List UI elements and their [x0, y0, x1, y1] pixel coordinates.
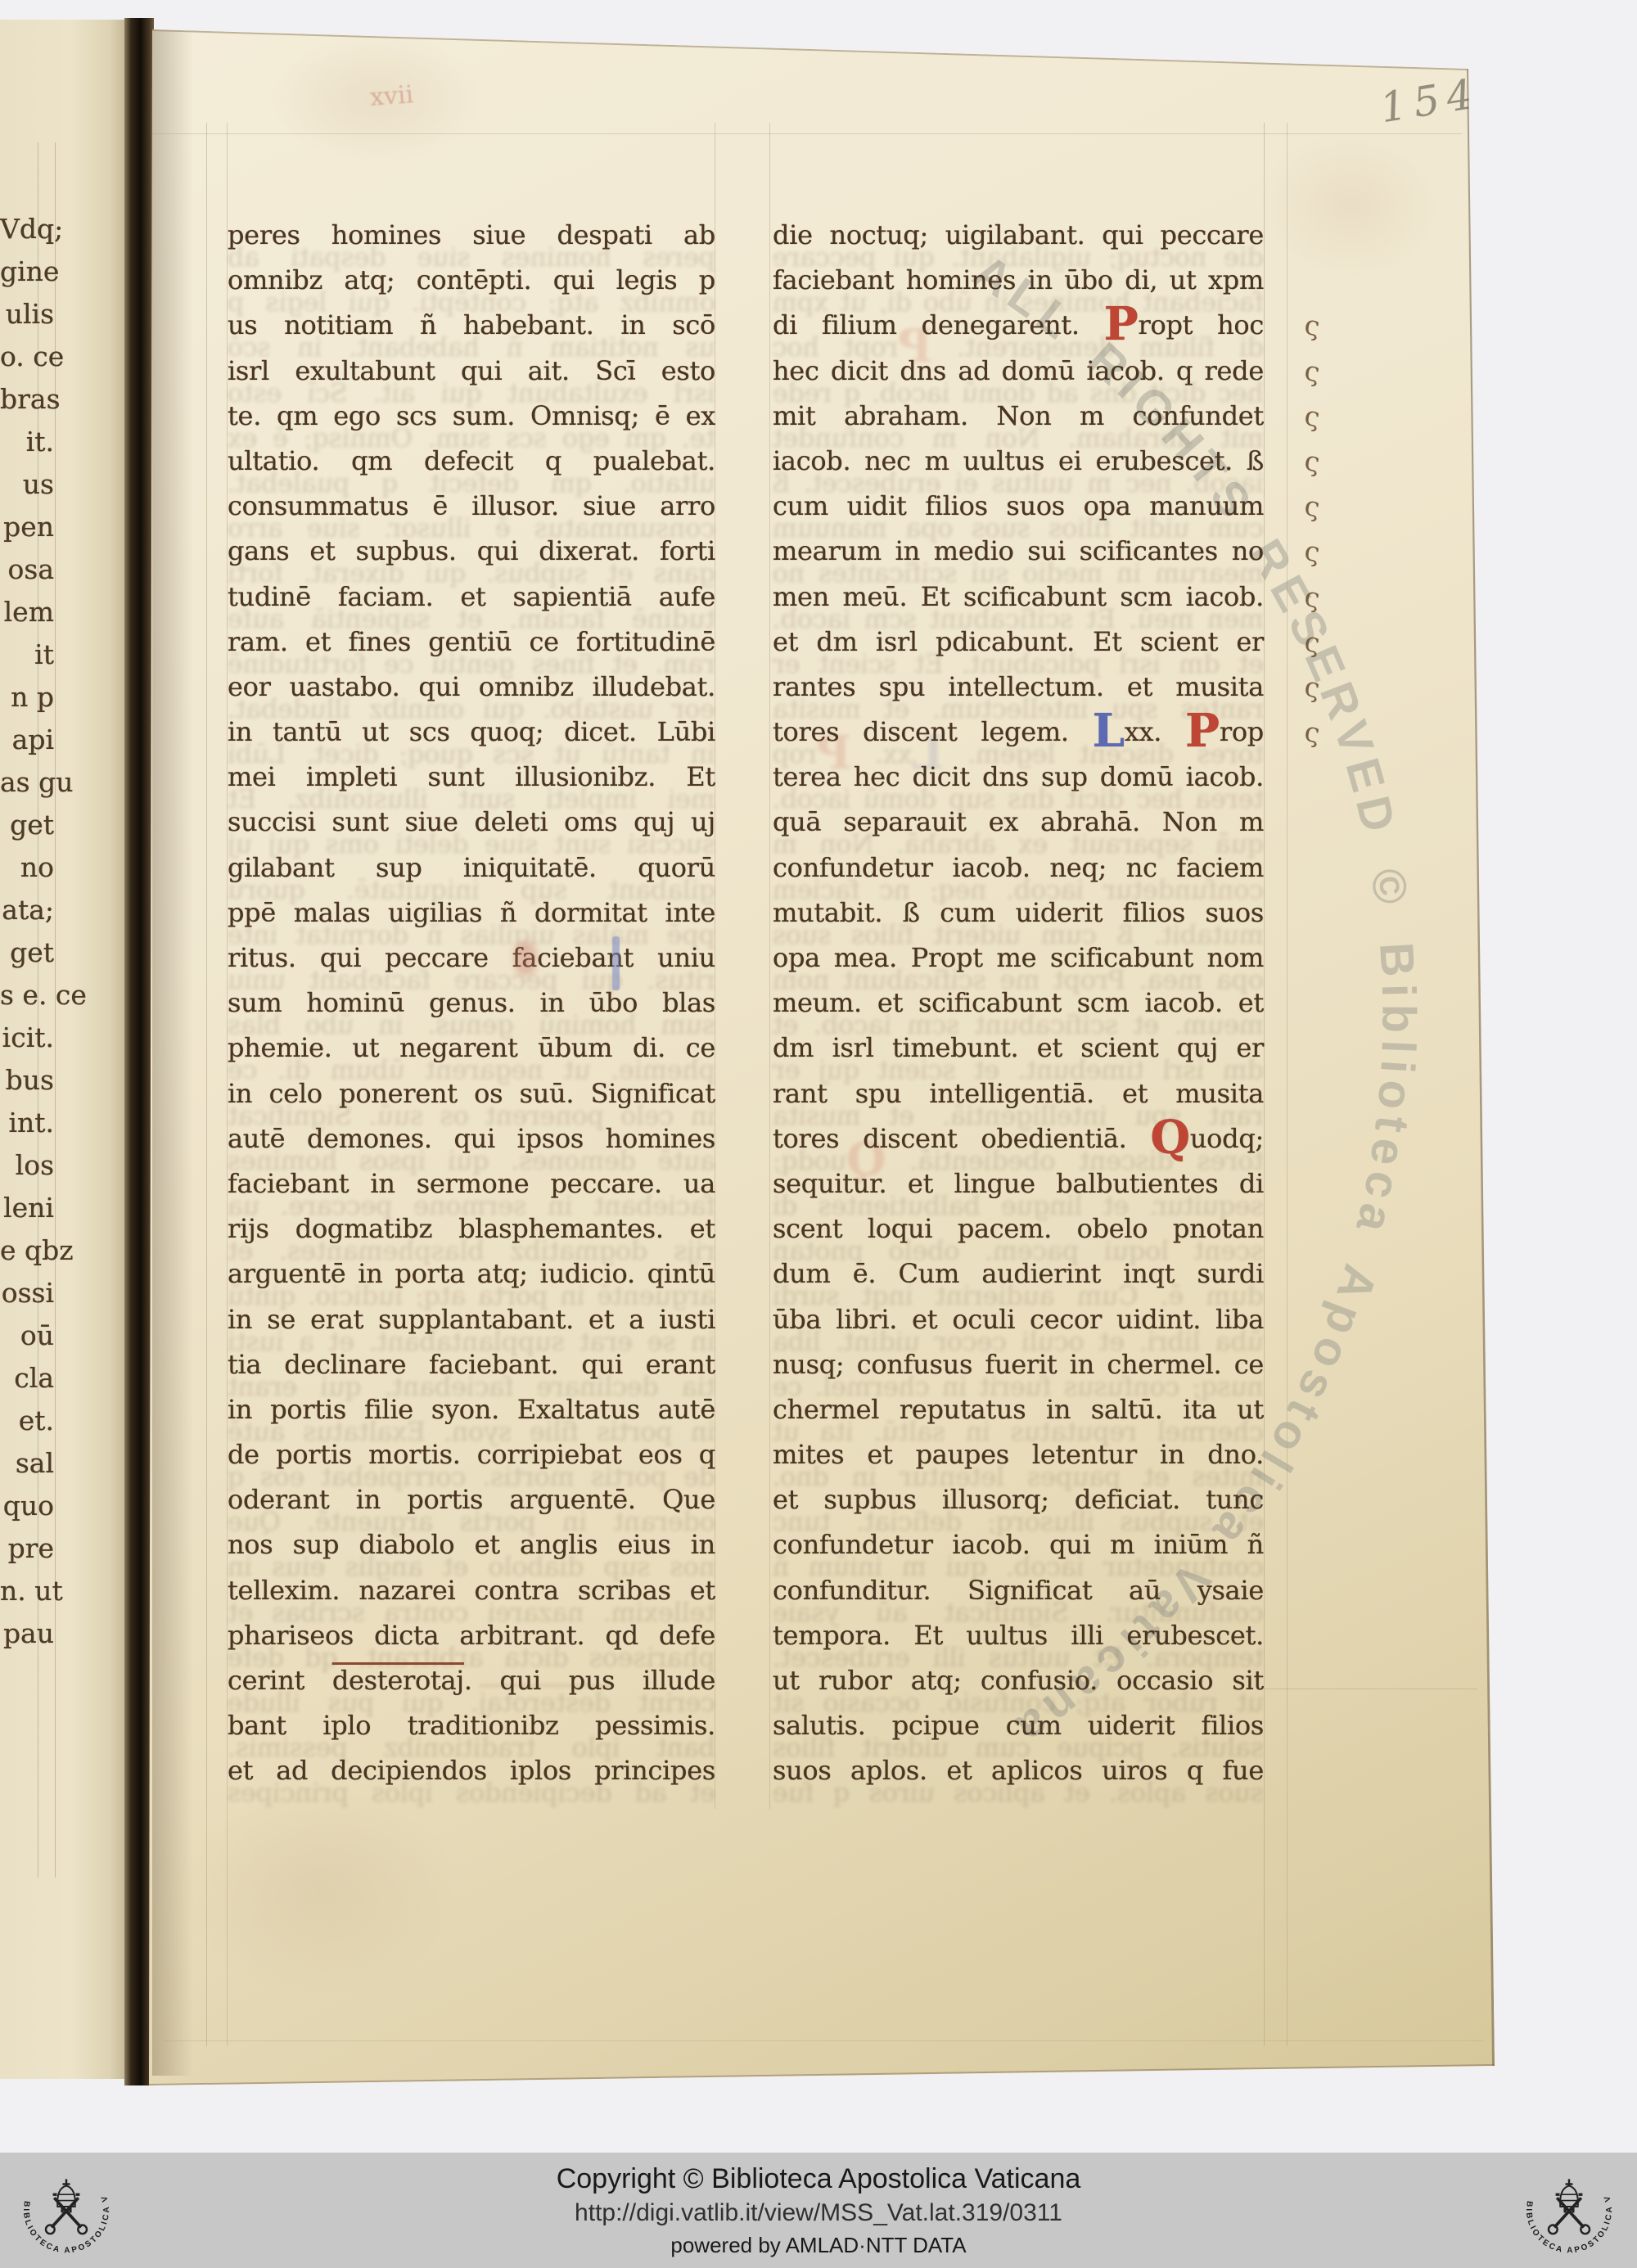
cutoff-line-fragment: ossi — [0, 1272, 54, 1314]
sliver-line-fragments: Vdq;gineuliso. cebrasit.uspenosalemitn p… — [0, 208, 54, 1655]
cutoff-line-fragment: Vdq; — [0, 208, 54, 250]
manuscript-text-line: eor uastabo. qui omnibz illudebat. — [228, 665, 715, 710]
previous-page-sliver: Vdq;gineuliso. cebrasit.uspenosalemitn p… — [0, 20, 129, 2079]
ruling-line — [164, 2040, 1483, 2041]
manuscript-text-line: us notitiam ñ habebant. in scō — [228, 303, 715, 348]
footer-powered-by-text: powered by AMLAD·NTT DATA — [0, 2233, 1637, 2258]
faint-chapter-mark: xvii — [369, 80, 414, 112]
manuscript-text-line: faciebant in sermone peccare. ua — [228, 1161, 715, 1206]
manuscript-text-line: mearum in medio sui scificantes no — [773, 529, 1264, 574]
cutoff-line-fragment: pau — [0, 1612, 54, 1655]
manuscript-text-line: tores discent obedientiā. Quodq; — [773, 1116, 1264, 1161]
papal-keys-emblem — [1549, 2179, 1590, 2234]
red-initial-letter: P — [1104, 297, 1139, 351]
cutoff-line-fragment: bus — [0, 1059, 54, 1102]
ruling-line — [1265, 1689, 1477, 1689]
manuscript-text-line: rant spu intelligentiā. et musita — [773, 1071, 1264, 1116]
manuscript-text-line: in portis filie syon. Exaltatus autē — [228, 1387, 715, 1432]
manuscript-text-line: et dm isrl pdicabunt. Et scient er — [773, 620, 1264, 665]
manuscript-text-line: ultatio. qm defecit q pualebat. — [228, 439, 715, 484]
cutoff-line-fragment: los — [0, 1144, 54, 1187]
overlined-word: desterotaj — [332, 1665, 464, 1696]
manuscript-text-line: et ad decipiendos iplos principes — [228, 1748, 715, 1793]
ruling-line — [1287, 123, 1288, 2046]
cutoff-line-fragment: api — [0, 719, 54, 761]
manuscript-text-line: ppē malas uigilias ñ dormitat inte — [228, 891, 715, 936]
manuscript-text-line: tempora. Et uultus illi erubescet. — [773, 1613, 1264, 1658]
papal-keys-emblem — [46, 2179, 87, 2234]
manuscript-text-line: bant iplo traditionibz pessimis. — [228, 1703, 715, 1748]
manuscript-text-line: in celo ponerent os suū. Significat — [228, 1071, 715, 1116]
cutoff-line-fragment: n. ut — [0, 1570, 54, 1612]
cutoff-line-fragment: icit. — [0, 1017, 54, 1059]
cutoff-line-fragment: cla — [0, 1357, 54, 1400]
manuscript-text-line: isrl exultabunt qui ait. Scī esto — [228, 349, 715, 394]
cutoff-line-fragment: pre — [0, 1527, 54, 1570]
right-text-column: die noctuq; uigilabant. qui peccarefacie… — [773, 213, 1264, 1794]
cutoff-line-fragment: get — [0, 804, 54, 846]
cutoff-line-fragment: ata; — [0, 889, 54, 931]
manuscript-text-line: cerint desterotaj. qui pus illude — [228, 1658, 715, 1703]
cutoff-line-fragment: oū — [0, 1314, 54, 1357]
manuscript-text-line: hec dicit dns ad domū iacob. q rede — [773, 349, 1264, 394]
cutoff-line-fragment: it — [0, 634, 54, 676]
manuscript-text-line: mit abraham. Non m confundet — [773, 394, 1264, 439]
vatican-library-logo-right: BIBLIOTECA APOSTOLICA VATICANA — [1519, 2161, 1619, 2261]
footer-url-text: http://digi.vatlib.it/view/MSS_Vat.lat.3… — [0, 2199, 1637, 2227]
cutoff-line-fragment: int. — [0, 1102, 54, 1144]
manuscript-text-line: faciebant homines in ūbo di, ut xpm — [773, 258, 1264, 303]
ruling-line — [152, 133, 1462, 134]
right-column-text: die noctuq; uigilabant. qui peccarefacie… — [773, 213, 1264, 1794]
manuscript-text-line: nusq; confusus fuerit in chermel. ce — [773, 1342, 1264, 1387]
manuscript-text-line: in se erat supplantabant. et a iusti — [228, 1297, 715, 1342]
manuscript-text-line: iacob. nec m uultus ei erubescet. ß — [773, 439, 1264, 484]
manuscript-text-line: tia declinare faciebant. qui erant — [228, 1342, 715, 1387]
left-text-column: peres homines siue despati abomnibz atq;… — [228, 213, 715, 1794]
manuscript-text-line: de portis mortis. corripiebat eos q — [228, 1432, 715, 1477]
cutoff-line-fragment: bras — [0, 378, 54, 421]
manuscript-text-line: dum ē. Cum audierint inqt surdi — [773, 1251, 1264, 1296]
manuscript-text-line: tores discent legem. Lxx. Prop — [773, 710, 1264, 755]
cutoff-line-fragment: et. — [0, 1400, 54, 1442]
manuscript-text-line: rijs dogmatibz blasphemantes. et — [228, 1206, 715, 1251]
manuscript-text-line: quā separauit ex abrahā. Non m — [773, 800, 1264, 845]
manuscript-text-line: mites et paupes letentur in dno. — [773, 1432, 1264, 1477]
manuscript-text-line: omnibz atq; contēpti. qui legis p — [228, 258, 715, 303]
manuscript-text-line: scent loqui pacem. obelo pnotan — [773, 1206, 1264, 1251]
manuscript-text-line: terea hec dicit dns sup domū iacob. — [773, 755, 1264, 800]
manuscript-text-line: ut rubor atq; confusio. occasio sit — [773, 1658, 1264, 1703]
manuscript-text-line: opa mea. Propt me scificabunt nom — [773, 936, 1264, 981]
manuscript-text-line: arguentē in porta atq; iudicio. qintū — [228, 1251, 715, 1296]
copyright-footer-bar: Copyright © Biblioteca Apostolica Vatica… — [0, 2153, 1637, 2268]
manuscript-text-line: ritus. qui peccare faciebant uniu — [228, 936, 715, 981]
manuscript-text-line: oderant in portis arguentē. Que — [228, 1477, 715, 1522]
cutoff-line-fragment: e qbz — [0, 1229, 54, 1272]
manuscript-text-line: men meū. Et scificabunt scm iacob. — [773, 575, 1264, 620]
cutoff-line-fragment: leni — [0, 1187, 54, 1229]
manuscript-text-line: te. qm ego scs sum. Omnisq; ē ex — [228, 394, 715, 439]
red-initial-letter: P — [1185, 704, 1220, 758]
manuscript-text-line: phariseos dicta arbitrant. qd defe — [228, 1613, 715, 1658]
manuscript-text-line: mutabit. ß cum uiderit filios suos — [773, 891, 1264, 936]
footer-copyright-text: Copyright © Biblioteca Apostolica Vatica… — [0, 2163, 1637, 2195]
manuscript-text-line: meum. et scificabunt scm iacob. et — [773, 981, 1264, 1026]
left-column-text: peres homines siue despati abomnibz atq;… — [228, 213, 715, 1794]
manuscript-text-line: confundetur iacob. qui m iniūm ñ — [773, 1522, 1264, 1567]
manuscript-text-line: mei impleti sunt illusionibz. Et — [228, 755, 715, 800]
cutoff-line-fragment: s e. ce — [0, 974, 54, 1017]
manuscript-text-line: confunditur. Significat aū ysaie — [773, 1568, 1264, 1613]
svg-text:BIBLIOTECA APOSTOLICA VATICANA: BIBLIOTECA APOSTOLICA VATICANA — [21, 2194, 111, 2256]
manuscript-text-line: consummatus ē illusor. siue arro — [228, 484, 715, 529]
manuscript-text-line: dm isrl timebunt. et scient quj er — [773, 1026, 1264, 1071]
manuscript-text-line: in tantū ut scs quoq; dicet. Lūbi — [228, 710, 715, 755]
manuscript-text-line: rantes spu intellectum. et musita — [773, 665, 1264, 710]
cutoff-line-fragment: osa — [0, 548, 54, 591]
manuscript-text-line: confundetur iacob. neq; nc faciem — [773, 845, 1264, 891]
cutoff-line-fragment: o. ce — [0, 336, 54, 378]
blue-initial-letter: L — [1093, 704, 1125, 758]
manuscript-text-line: gans et supbus. qui dixerat. forti — [228, 529, 715, 574]
manuscript-text-line: nos sup diabolo et anglis eius in — [228, 1522, 715, 1567]
manuscript-text-line: ram. et fines gentiū ce fortitudinē — [228, 620, 715, 665]
ruling-line — [769, 123, 770, 1809]
ruling-line — [1264, 123, 1265, 2046]
manuscript-text-line: ūba libri. et oculi cecor uidint. liba — [773, 1297, 1264, 1342]
cutoff-line-fragment: ulis — [0, 293, 54, 336]
manuscript-text-line: cum uidit filios suos opa manuum — [773, 484, 1264, 529]
manuscript-text-line: sum hominū genus. in ūbo blas — [228, 981, 715, 1026]
manuscript-text-line: di filium denegarent. Propt hoc — [773, 303, 1264, 348]
cutoff-line-fragment: gine — [0, 250, 54, 293]
red-paraph-smudge — [514, 941, 537, 976]
manuscript-text-line: die noctuq; uigilabant. qui peccare — [773, 213, 1264, 258]
manuscript-text-line: tellexim. nazarei contra scribas et — [228, 1568, 715, 1613]
manuscript-text-line: autē demones. qui ipsos homines — [228, 1116, 715, 1161]
manuscript-text-line: sequitur. et lingue balbutientes di — [773, 1161, 1264, 1206]
red-initial-letter: Q — [1150, 1111, 1189, 1165]
vatican-library-logo-left: BIBLIOTECA APOSTOLICA VATICANA — [16, 2161, 116, 2261]
cutoff-line-fragment: no — [0, 846, 54, 889]
cutoff-line-fragment: quo — [0, 1485, 54, 1527]
manuscript-text-line: tudinē faciam. et sapientiā aufe — [228, 575, 715, 620]
cutoff-line-fragment: n p — [0, 676, 54, 719]
manuscript-text-line: succisi sunt siue deleti oms quj uj — [228, 800, 715, 845]
cutoff-line-fragment: it. — [0, 421, 54, 463]
manuscript-text-line: gilabant sup iniquitatē. quorū — [228, 845, 715, 891]
cutoff-line-fragment: pen — [0, 506, 54, 548]
manuscript-text-line: chermel reputatus in saltū. ita ut — [773, 1387, 1264, 1432]
manuscript-text-line: salutis. pcipue cum uiderit filios — [773, 1703, 1264, 1748]
cutoff-line-fragment: lem — [0, 591, 54, 634]
binding-gutter — [124, 18, 154, 2085]
cutoff-line-fragment: us — [0, 463, 54, 506]
manuscript-text-line: peres homines siue despati ab — [228, 213, 715, 258]
manuscript-text-line: suos aplos. et aplicos uiros q fue — [773, 1748, 1264, 1793]
ruling-line — [206, 123, 207, 2046]
manuscript-page: ALL RIGHTS RESERVED © Biblioteca Apostol… — [0, 0, 1637, 2268]
svg-text:BIBLIOTECA APOSTOLICA VATICANA: BIBLIOTECA APOSTOLICA VATICANA — [1524, 2194, 1614, 2256]
manuscript-text-line: phemie. ut negarent ūbum di. ce — [228, 1026, 715, 1071]
cutoff-line-fragment: as gu — [0, 761, 54, 804]
cutoff-line-fragment: get — [0, 931, 54, 974]
cutoff-line-fragment: sal — [0, 1442, 54, 1485]
digitized-manuscript-viewer: { "page_number": "154", "faint_chapter_m… — [0, 0, 1637, 2268]
manuscript-text-line: et supbus illusorq; deficiat. tunc — [773, 1477, 1264, 1522]
blue-paraph-mark — [612, 936, 620, 990]
